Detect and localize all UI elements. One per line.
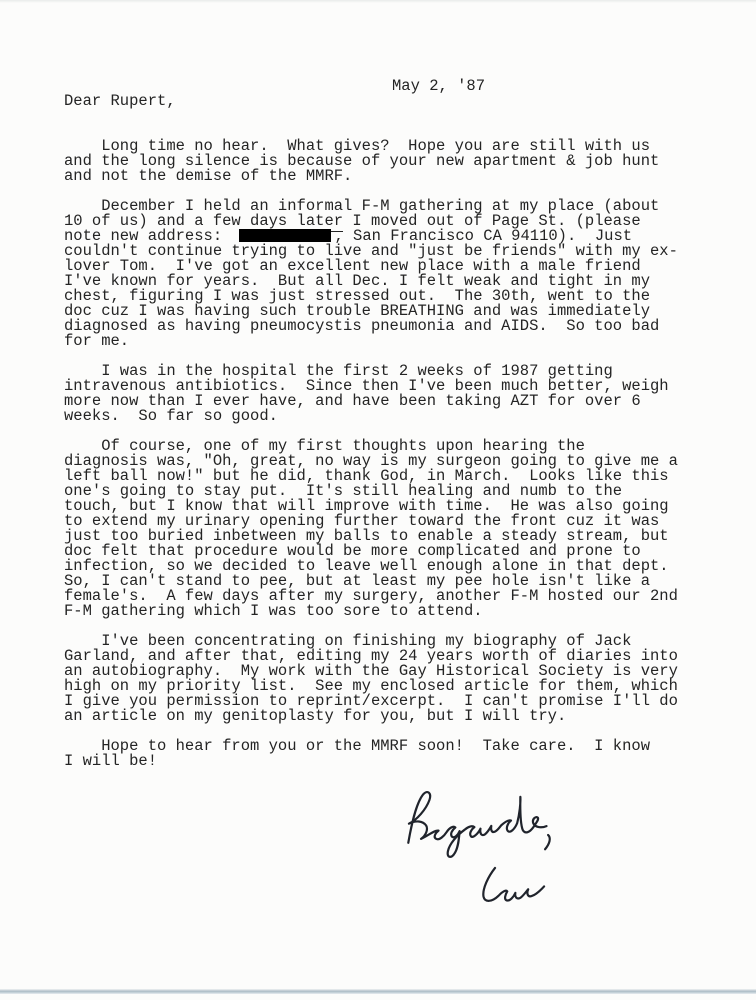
paragraph: Hope to hear from you or the MMRF soon! … bbox=[64, 739, 724, 769]
letter-line: an article on my genitoplasty for you, b… bbox=[64, 709, 724, 724]
paper-top-edge bbox=[0, 0, 756, 3]
paper-bottom-edge bbox=[0, 989, 756, 994]
signature-name-handwriting bbox=[471, 860, 557, 912]
paragraph: I've been concentrating on finishing my … bbox=[64, 634, 724, 724]
letter-line: diagnosed as having pneumocystis pneumon… bbox=[64, 319, 724, 334]
letter-line: Hope to hear from you or the MMRF soon! … bbox=[64, 739, 724, 754]
paragraph: December I held an informal F-M gatherin… bbox=[64, 199, 724, 349]
signature-block bbox=[400, 786, 580, 921]
letter-line: and not the demise of the MMRF. bbox=[64, 169, 724, 184]
letter-line: I will be! bbox=[64, 754, 724, 769]
letter-paragraphs: Long time no hear. What gives? Hope you … bbox=[64, 139, 724, 769]
letter-line: for me. bbox=[64, 334, 724, 349]
paragraph: Of course, one of my first thoughts upon… bbox=[64, 439, 724, 619]
letter-line: F-M gathering which I was too sore to at… bbox=[64, 604, 724, 619]
salutation: Dear Rupert, bbox=[64, 94, 724, 109]
letter-page: May 2, '87 Dear Rupert, Long time no hea… bbox=[64, 79, 724, 784]
paragraph: Long time no hear. What gives? Hope you … bbox=[64, 139, 724, 184]
letter-line: weeks. So far so good. bbox=[64, 409, 724, 424]
signature-closing-handwriting bbox=[398, 781, 555, 863]
redaction-bar bbox=[239, 229, 331, 242]
paragraph: I was in the hospital the first 2 weeks … bbox=[64, 364, 724, 424]
